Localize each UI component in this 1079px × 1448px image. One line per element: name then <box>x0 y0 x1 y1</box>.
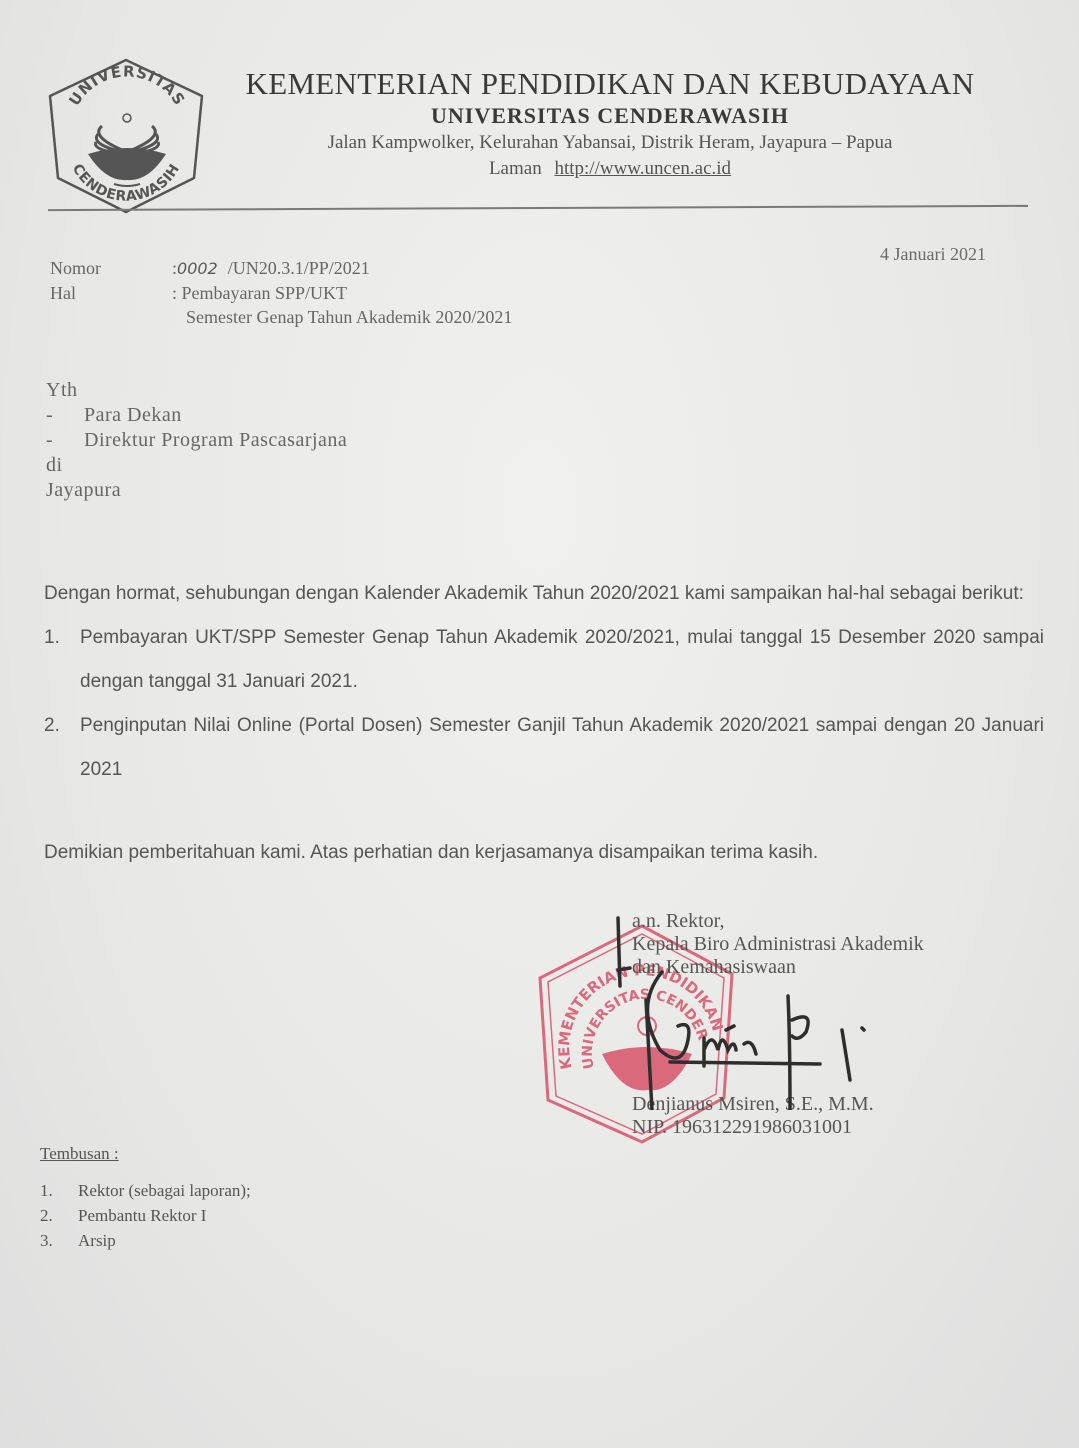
tembusan-item: 2.Pembantu Rektor I <box>40 1203 251 1228</box>
tembusan-item: 3.Arsip <box>40 1228 251 1253</box>
hal-value-line1: : Pembayaran SPP/UKT <box>172 281 347 305</box>
letter-body: Dengan hormat, sehubungan dengan Kalende… <box>44 572 1044 792</box>
university-name: UNIVERSITAS CENDERAWASIH <box>230 102 990 130</box>
tembusan-item: 1.Rektor (sebagai laporan); <box>40 1178 251 1203</box>
salutation: Yth <box>46 378 347 403</box>
nomor-label: Nomor <box>50 256 172 281</box>
place: Jayapura <box>46 478 347 503</box>
closing-paragraph: Demikian pemberitahuan kami. Atas perhat… <box>44 842 818 864</box>
svg-text:UNIVERSITAS: UNIVERSITAS <box>65 62 189 109</box>
recipient-item: -Para Dekan <box>46 403 347 428</box>
university-logo-icon: UNIVERSITAS CENDERAWASIH <box>44 56 209 216</box>
website-line: Laman http://www.uncen.ac.id <box>230 156 990 182</box>
website-link[interactable]: http://www.uncen.ac.id <box>554 158 731 179</box>
letter-date: 4 Januari 2021 <box>880 244 986 265</box>
ministry-name: KEMENTERIAN PENDIDIKAN DAN KEBUDAYAAN <box>230 66 990 102</box>
hal-value-line2: Semester Genap Tahun Akademik 2020/2021 <box>172 305 512 329</box>
recipient-block: Yth -Para Dekan -Direktur Program Pascas… <box>46 378 347 503</box>
handwritten-signature-icon <box>600 910 880 1110</box>
hal-label: Hal <box>50 281 172 305</box>
letter-meta: Nomor :0002/UN20.3.1/PP/2021 Hal : Pemba… <box>50 256 512 329</box>
signatory-nip: NIP. 196312291986031001 <box>632 1116 924 1139</box>
university-address: Jalan Kampwolker, Kelurahan Yabansai, Di… <box>230 130 990 156</box>
point-item: 2.Penginputan Nilai Online (Portal Dosen… <box>44 704 1044 792</box>
tembusan-title: Tembusan : <box>40 1144 251 1164</box>
letter-page: UNIVERSITAS CENDERAWASIH KEMENTERIAN PEN… <box>0 0 1079 1448</box>
intro-paragraph: Dengan hormat, sehubungan dengan Kalende… <box>44 572 1044 616</box>
place-prefix: di <box>46 453 347 478</box>
nomor-value: :0002/UN20.3.1/PP/2021 <box>172 256 370 281</box>
letterhead: KEMENTERIAN PENDIDIKAN DAN KEBUDAYAAN UN… <box>230 66 990 182</box>
nomor-handwritten: 0002 <box>177 259 218 278</box>
points-list: 1.Pembayaran UKT/SPP Semester Genap Tahu… <box>44 616 1044 792</box>
carbon-copy-block: Tembusan : 1.Rektor (sebagai laporan); 2… <box>40 1144 251 1253</box>
recipient-item: -Direktur Program Pascasarjana <box>46 428 347 453</box>
website-label: Laman <box>489 158 542 179</box>
point-item: 1.Pembayaran UKT/SPP Semester Genap Tahu… <box>44 616 1044 704</box>
